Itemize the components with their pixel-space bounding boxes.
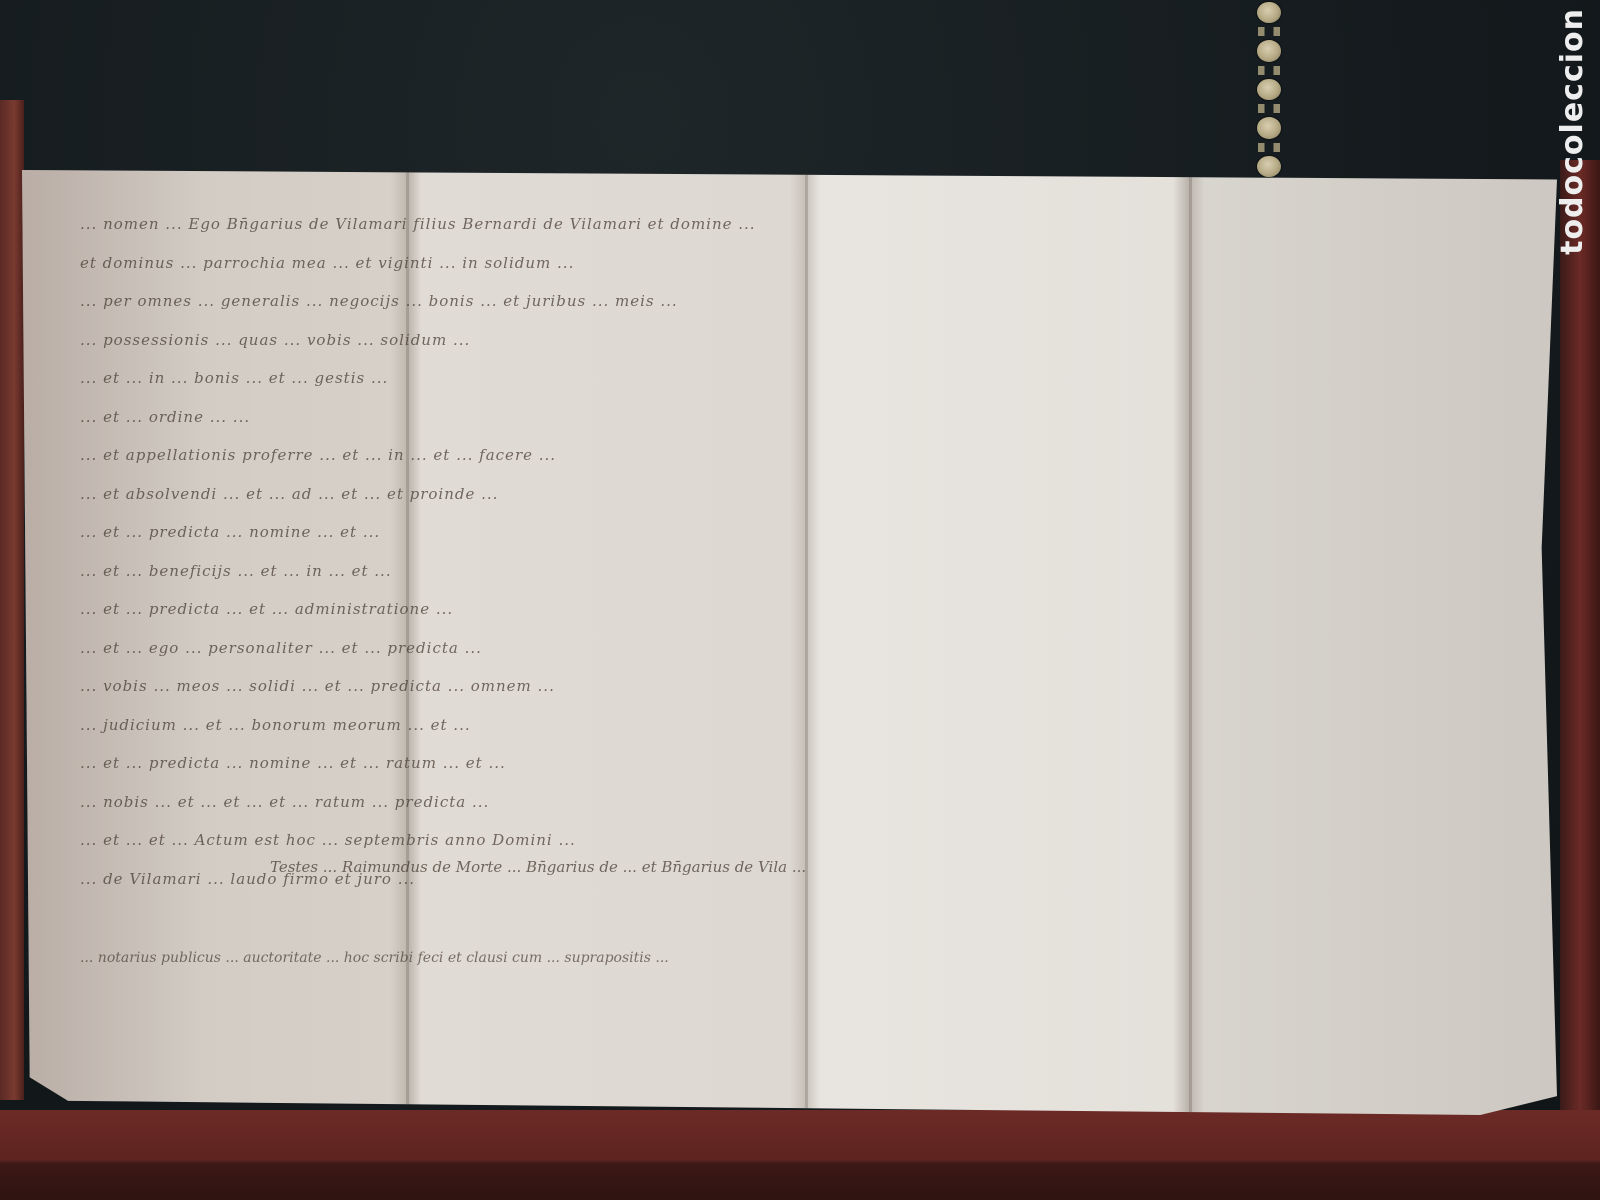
bow-ornament-icon (1258, 27, 1280, 36)
manuscript-line: ... per omnes ... generalis ... negocijs… (80, 282, 1540, 321)
manuscript-line: ... et ... ego ... personaliter ... et .… (80, 629, 1540, 668)
manuscript-line: ... et ... predicta ... et ... administr… (80, 590, 1540, 629)
manuscript-line: ... et ... ordine ... ... (80, 398, 1540, 437)
frame-left-edge (0, 100, 24, 1100)
frame-bottom-edge (0, 1110, 1600, 1200)
manuscript-line: ... et appellationis proferre ... et ...… (80, 436, 1540, 475)
manuscript-line: ... et ... predicta ... nomine ... et ..… (80, 744, 1540, 783)
manuscript-line: ... judicium ... et ... bonorum meorum .… (80, 706, 1540, 745)
rosette-icon (1257, 40, 1281, 61)
bow-ornament-icon (1258, 104, 1280, 113)
witness-line: Testes ... Raimundus de Morte ... Bn̄gar… (270, 858, 806, 876)
manuscript-line: ... et ... et ... Actum est hoc ... sept… (80, 821, 1540, 860)
manuscript-line: ... vobis ... meos ... solidi ... et ...… (80, 667, 1540, 706)
rosette-icon (1257, 2, 1281, 23)
frame-right-edge (1560, 160, 1600, 1200)
manuscript-line: ... et absolvendi ... et ... ad ... et .… (80, 475, 1540, 514)
rosette-icon (1257, 117, 1281, 138)
manuscript-line: ... et ... predicta ... nomine ... et ..… (80, 513, 1540, 552)
manuscript-line: ... nomen ... Ego Bn̄garius de Vilamari … (80, 205, 1540, 244)
manuscript-line: ... nobis ... et ... et ... et ... ratum… (80, 783, 1540, 822)
bow-ornament-icon (1258, 66, 1280, 75)
manuscript-text-block: ... nomen ... Ego Bn̄garius de Vilamari … (80, 205, 1540, 898)
manuscript-line: et dominus ... parrochia mea ... et vigi… (80, 244, 1540, 283)
manuscript-line: ... et ... beneficijs ... et ... in ... … (80, 552, 1540, 591)
gilt-ornament-border (1254, 0, 1284, 177)
rosette-icon (1257, 156, 1281, 177)
manuscript-line: ... et ... in ... bonis ... et ... gesti… (80, 359, 1540, 398)
rosette-icon (1257, 79, 1281, 100)
todocoleccion-watermark: todocoleccion (1555, 8, 1590, 255)
manuscript-line: ... possessionis ... quas ... vobis ... … (80, 321, 1540, 360)
bow-ornament-icon (1258, 143, 1280, 152)
notary-subscription-line: ... notarius publicus ... auctoritate ..… (80, 950, 1460, 966)
